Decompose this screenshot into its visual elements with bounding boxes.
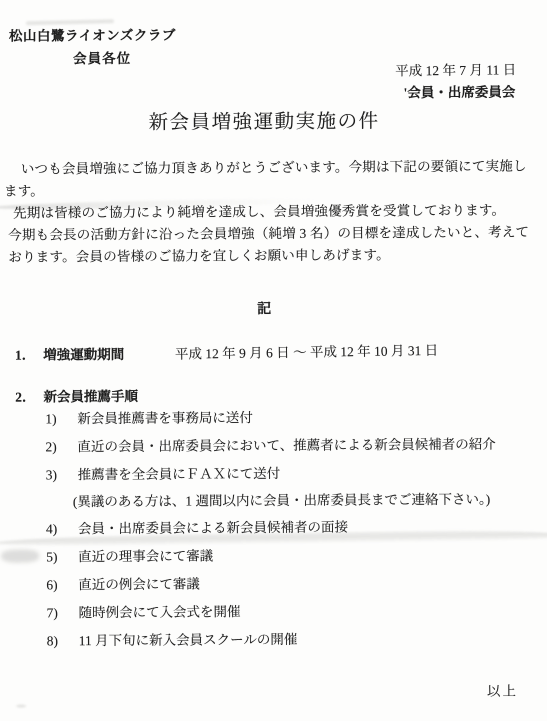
scan-wrinkle [1,549,39,562]
procedure-item: 4)会員・出席委員会による新会員候補者の面接 [46,517,496,539]
item-marker: 4) [46,519,68,538]
item-text: 会員・出席委員会による新会員候補者の面接 [78,520,348,537]
procedure-item: 7)随時例会にて入会式を開催 [46,601,496,623]
item-text: 直近の理事会にて審議 [78,548,213,564]
section-recommendation-procedure: 2．新会員推薦手順 [15,385,138,406]
procedure-item: 8)11 月下旬に新入会員スクールの開催 [47,629,497,651]
item-marker: 1) [45,409,67,428]
item-text: 推薦書を全会員にＦＡＸにて送付 [78,466,281,482]
body-line: いつも会員増強にご協力頂きありがとうございます。今期は下記の要領にて実施し [4,155,529,180]
document-content: 松山白鷺ライオンズクラブ 会員各位 平成 12 年 7 月 11 日 '会員・出… [0,0,547,721]
procedure-item: 2)直近の会員・出席委員会において、推薦者による新会員候補者の紹介 [45,435,495,457]
item-text: 11 月下旬に新入会員スクールの開催 [79,632,298,648]
item-marker: 8) [47,631,69,650]
scan-speck [16,705,26,708]
item-marker: 3) [46,465,68,484]
sender-name: 松山白鷺ライオンズクラブ [9,24,176,45]
campaign-period-value: 平成 12 年 9 月 6 日 ～ 平成 12 年 10 月 31 日 [175,339,439,363]
section-label: 増強運動期間 [43,347,124,362]
procedure-item: 6)直近の例会にて審議 [46,573,496,595]
procedure-item-note: (異議のある方は、1 週間以内に会員・出席委員長までご連絡下さい。) [73,490,496,512]
procedure-item: 5)直近の理事会にて審議 [46,545,496,567]
record-marker: 記 [0,296,538,319]
section-label: 新会員推薦手順 [43,389,138,405]
scanned-document: 松山白鷺ライオンズクラブ 会員各位 平成 12 年 7 月 11 日 '会員・出… [0,0,547,721]
item-text: 随時例会にて入会式を開催 [78,604,240,620]
item-marker: 5) [46,547,68,566]
item-text: 直近の例会にて審議 [78,576,200,592]
procedure-list: 1)新会員推薦書を事務局に送付 2)直近の会員・出席委員会において、推薦者による… [45,407,497,660]
item-marker: 7) [46,603,68,622]
item-marker: 2) [45,437,67,456]
section-campaign-period: 1．増強運動期間 平成 12 年 9 月 6 日 ～ 平成 12 年 10 月 … [15,343,124,364]
item-text: 新会員推薦書を事務局に送付 [77,410,253,426]
committee-name: '会員・出席委員会 [404,81,516,102]
body-line: 先期は皆様のご協力により純増を達成し、会員増強優秀賞を受賞しております。 [4,199,529,224]
section-number: 2． [15,389,35,404]
body-line: おります。会員の皆様のご協力を宜しくお願い申しあげます。 [4,243,529,268]
procedure-item: 3)推薦書を全会員にＦＡＸにて送付 [46,463,496,485]
section-number: 1． [15,347,35,362]
recipient: 会員各位 [73,47,131,67]
item-text: 直近の会員・出席委員会において、推薦者による新会員候補者の紹介 [77,437,495,455]
body-line: 今期も会長の活動方針に沿った会員増強（純増 3 名）の目標を達成したいと、考えて [4,221,529,246]
body-line: ます。 [4,177,529,202]
procedure-item: 1)新会員推薦書を事務局に送付 [45,407,495,429]
document-title: 新会員増強運動実施の件 [0,104,530,135]
closing-marker: 以上 [487,680,518,700]
document-date: 平成 12 年 7 月 11 日 [395,58,516,79]
item-marker: 6) [46,575,68,594]
body-paragraphs: いつも会員増強にご協力頂きありがとうございます。今期は下記の要領にて実施し ます… [4,155,530,268]
